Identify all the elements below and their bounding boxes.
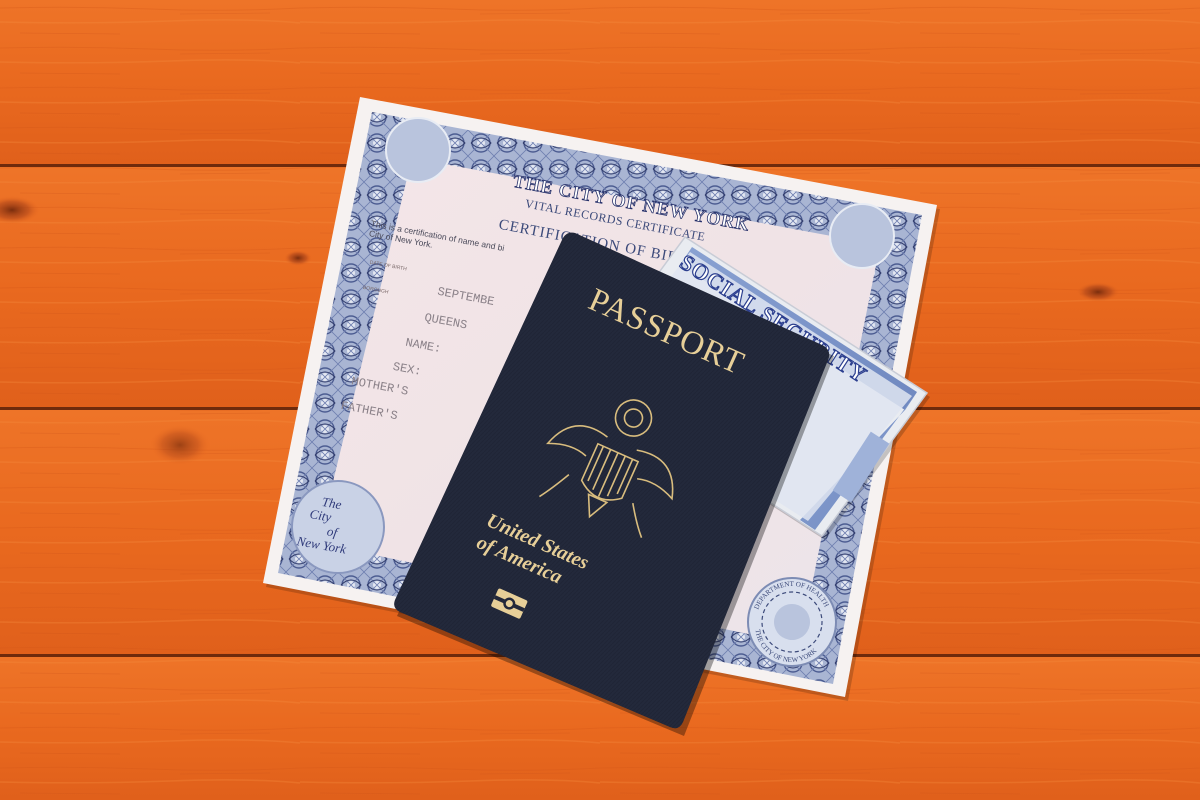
corner-rosette (830, 204, 894, 268)
wood-knot (284, 250, 312, 266)
wood-knot (150, 425, 210, 465)
photo-scene: THE CITY OF NEW YORK VITAL RECORDS CERTI… (0, 0, 1200, 800)
wood-knot (1076, 282, 1120, 302)
corner-rosette (386, 118, 450, 182)
